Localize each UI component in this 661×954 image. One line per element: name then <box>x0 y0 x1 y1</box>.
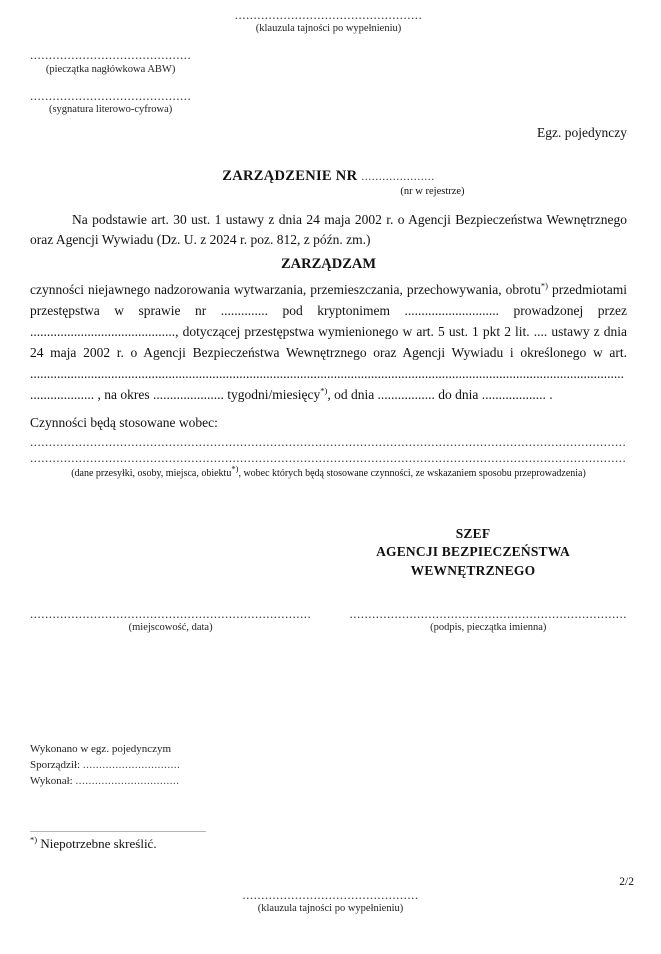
prepared-by-line: Sporządził: ............................… <box>30 758 180 774</box>
secrecy-bottom-dotted-line: ........................................… <box>0 888 661 902</box>
footnote-text: Niepotrzebne skreślić. <box>37 836 156 851</box>
registry-number-caption: (nr w rejestrze) <box>134 186 661 199</box>
abw-stamp-dotted-line: ........................................… <box>30 48 191 62</box>
document-page: ........................................… <box>0 0 661 954</box>
signature-stamp-field: ........................................… <box>350 607 628 634</box>
footnote-block: *) Niepotrzebne skreślić. <box>30 831 206 854</box>
execution-copies-note: Wykonano w egz. pojedynczym <box>30 742 180 758</box>
footnote-text-line: *) Niepotrzebne skreślić. <box>30 834 206 854</box>
secrecy-top-dotted-line: ........................................… <box>30 8 627 22</box>
place-date-dotted-line: ........................................… <box>30 607 311 621</box>
document-title-label: ZARZĄDZENIE NR <box>222 168 357 184</box>
executed-by-line: Wykonał: ...............................… <box>30 774 180 790</box>
document-title-block: ZARZĄDZENIE NR ..................... (nr… <box>30 168 627 199</box>
asterisk-footnote-marker: *) <box>541 281 548 291</box>
secrecy-top-caption: (klauzula tajności po wypełnieniu) <box>30 22 627 35</box>
signature-row: ........................................… <box>30 607 627 634</box>
signature-dotted-line: ........................................… <box>350 607 628 621</box>
order-heading: ZARZĄDZAM <box>30 255 627 274</box>
place-date-field: ........................................… <box>30 607 311 634</box>
scope-fill-line-1: ........................................… <box>30 435 627 449</box>
order-body-part3: , od dnia ................. do dnia ....… <box>327 387 552 402</box>
scope-heading: Czynności będą stosowane wobec: <box>30 414 627 433</box>
scope-caption-part1: (dane przesyłki, osoby, miejsca, obiektu <box>71 468 231 479</box>
chief-title-line1: SZEF <box>323 525 623 543</box>
scope-caption: (dane przesyłki, osoby, miejsca, obiektu… <box>30 466 627 481</box>
executed-by-dotted-field: ................................ <box>75 775 179 787</box>
scope-caption-part2: , wobec których będą stosowane czynności… <box>238 468 585 479</box>
prepared-by-dotted-field: .............................. <box>83 759 181 771</box>
legal-basis-paragraph: Na podstawie art. 30 ust. 1 ustawy z dni… <box>30 210 627 252</box>
abw-stamp-field: ........................................… <box>30 48 191 75</box>
execution-notes: Wykonano w egz. pojedynczym Sporządził: … <box>30 742 180 790</box>
signature-caption: (podpis, pieczątka imienna) <box>350 621 628 634</box>
order-body-part2: przedmiotami przestępstwa w sprawie nr .… <box>30 282 627 402</box>
order-body-paragraph: czynności niejawnego nadzorowania wytwar… <box>30 280 627 406</box>
signature-code-field: ........................................… <box>30 89 191 116</box>
secrecy-bottom-caption: (klauzula tajności po wypełnieniu) <box>0 902 661 915</box>
chief-title-line3: WEWNĘTRZNEGO <box>323 562 623 580</box>
chief-title-block: SZEF AGENCJI BEZPIECZEŃSTWA WEWNĘTRZNEGO <box>323 525 623 580</box>
footnote-separator <box>30 831 206 832</box>
prepared-by-label: Sporządził: <box>30 759 80 771</box>
scope-fill-line-2: ........................................… <box>30 451 627 465</box>
chief-title-line2: AGENCJI BEZPIECZEŃSTWA <box>323 543 623 561</box>
secrecy-clause-top: ........................................… <box>30 8 627 35</box>
secrecy-clause-bottom: ........................................… <box>0 888 661 915</box>
abw-stamp-caption: (pieczątka nagłówkowa ABW) <box>30 63 191 76</box>
document-title: ZARZĄDZENIE NR ..................... <box>30 168 627 185</box>
signature-code-caption: (sygnatura literowo-cyfrowa) <box>30 103 191 116</box>
signature-code-dotted-line: ........................................… <box>30 89 191 103</box>
executed-by-label: Wykonał: <box>30 775 73 787</box>
place-date-caption: (miejscowość, data) <box>30 621 311 634</box>
registry-number-dotted-field: ..................... <box>361 169 435 183</box>
order-body-part1: czynności niejawnego nadzorowania wytwar… <box>30 282 541 297</box>
single-copy-note: Egz. pojedynczy <box>30 123 627 143</box>
